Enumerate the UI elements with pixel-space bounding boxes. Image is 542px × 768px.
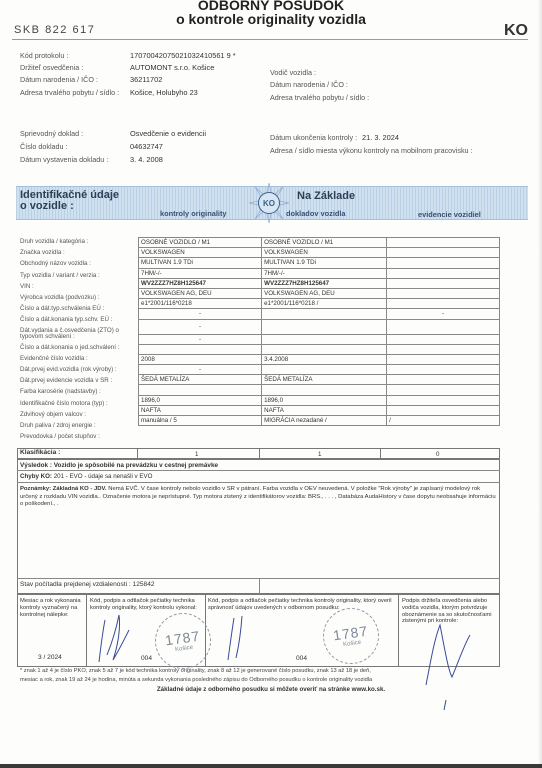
notes-block: Poznámky: Základná KO - JDV. Nemá EVČ. V… <box>20 486 496 509</box>
footer-note-1: * znak 1 až 4 je číslo PKO, znak 5 až 7 … <box>20 668 371 674</box>
vehicle-field-label: Farba karosérie (nadstavby) : <box>20 388 101 395</box>
vehicle-table-row: -- <box>139 309 500 319</box>
seal-text: KO <box>258 192 280 214</box>
vehicle-cell-c3 <box>387 258 500 268</box>
vehicle-field-label: Druh vozidla / kategória : <box>20 238 88 245</box>
vehicle-cell-c1: manuálna / 5 <box>139 416 262 426</box>
vehicle-cell-c2: MULTIVAN 1.9 TDi <box>262 258 387 268</box>
vehicle-cell-c1: - <box>139 309 262 319</box>
vehicle-table-row: VOLKSWAGEN AG, DEUVOLKSWAGEN AG, DEU <box>139 288 500 298</box>
vehicle-cell-c3: - <box>387 309 500 319</box>
vehicle-table-row <box>139 344 500 354</box>
vehicle-table-row: 1896,01896,0 <box>139 395 500 405</box>
banner-left-title-line2: o vozidle : <box>20 201 119 212</box>
vehicle-cell-c2: 1896,0 <box>262 395 387 405</box>
vehicle-field-label: Číslo a dát.konania o jed.schválení : <box>20 344 119 351</box>
vehicle-cell-c2: MIGRÁCIA nezadané / <box>262 416 387 426</box>
vehicle-cell-c3 <box>387 288 500 298</box>
vehicle-table-row: - <box>139 334 500 344</box>
technician-code: 004 <box>141 655 152 662</box>
vehicle-field-label: Dát.prvej evidencie vozidla v SR : <box>20 377 112 384</box>
verifier-code: 004 <box>296 655 307 662</box>
odometer-line: Stav počítadla prejdenej vzdialenosti : … <box>20 581 155 588</box>
vehicle-cell-c2: NAFTA <box>262 405 387 415</box>
divider <box>17 482 500 483</box>
vehicle-field-label: Prevodovka / počet stupňov : <box>20 433 100 440</box>
vehicle-field-label: Identifikačné číslo motora (typ) : <box>20 400 108 407</box>
scan-right-edge <box>538 0 542 764</box>
vehicle-cell-c1: 1896,0 <box>139 395 262 405</box>
vehicle-cell-c1: VOLKSWAGEN <box>139 248 262 258</box>
banner-sub-registry: evidencie vozidiel <box>418 210 481 219</box>
vehicle-table-row: manuálna / 5MIGRÁCIA nezadané // <box>139 416 500 426</box>
vehicle-table-row: - <box>139 365 500 375</box>
vehicle-cell-c1 <box>139 385 262 395</box>
ko-mark: KO <box>504 22 528 40</box>
vehicle-cell-c2 <box>262 385 387 395</box>
vehicle-cell-c2 <box>262 319 387 334</box>
holder-address-label: Adresa trvalého pobytu / sídlo : <box>20 88 119 97</box>
inspection-report: ODBORNÝ POSUDOK o kontrole originality v… <box>0 0 542 768</box>
classification-label: Klasifikácia : <box>20 449 60 456</box>
vehicle-table-row: 20083.4.2008 <box>139 354 500 364</box>
vehicle-cell-c2: 3.4.2008 <box>262 354 387 364</box>
holder-label: Držiteľ osvedčenia : <box>20 63 83 72</box>
driver-dob-label: Dátum narodenia / IČO : <box>270 80 348 89</box>
vehicle-cell-c2: WV2ZZZ7HZ8H125647 <box>262 278 387 288</box>
result-label: Výsledok : <box>20 462 52 469</box>
vehicle-cell-c3 <box>387 299 500 309</box>
vehicle-table-row: 7HM/-/-7HM/-/- <box>139 268 500 278</box>
divider <box>86 594 87 667</box>
doc-label: Sprievodný doklad : <box>20 129 83 138</box>
divider <box>380 448 381 459</box>
banner-sub-originality: kontroly originality <box>160 209 227 218</box>
vehicle-table-row: ŠEDÁ METALÍZAŠEDÁ METALÍZA <box>139 375 500 385</box>
doc-number: 04632747 <box>130 142 163 151</box>
vehicle-cell-c1: WV2ZZZ7HZ8H125647 <box>139 278 262 288</box>
errors-label: Chyby KO: <box>20 473 52 480</box>
control-end-label: Dátum ukončenia kontroly : <box>270 133 357 142</box>
vehicle-field-label: Typ vozidla / variant / verzia : <box>20 272 100 279</box>
holder-dob: 36211702 <box>130 75 162 84</box>
result-text: Vozidlo je spôsobilé na prevádzku v cest… <box>54 462 218 469</box>
errors-line: Chyby KO: 201 - EVO - údaje sa nenašli v… <box>20 473 152 480</box>
holder-signature <box>420 615 480 715</box>
vehicle-cell-c3 <box>387 395 500 405</box>
vehicle-table-row: VOLKSWAGENVOLKSWAGEN <box>139 248 500 258</box>
vehicle-table-row: NAFTANAFTA <box>139 405 500 415</box>
doc-number-label: Číslo dokladu : <box>20 142 68 151</box>
errors-text: 201 - EVO - údaje sa nenašli v EVO <box>54 473 153 480</box>
vehicle-cell-c2 <box>262 344 387 354</box>
vehicle-cell-c1: 7HM/-/- <box>139 268 262 278</box>
protocol-code: 17070042075021032410561 9 * <box>130 51 236 60</box>
divider <box>137 448 138 459</box>
vehicle-cell-c2 <box>262 309 387 319</box>
vehicle-cell-c2: OSOBNÉ VOZIDLO / M1 <box>262 238 387 248</box>
vehicle-data-table: OSOBNÉ VOZIDLO / M1OSOBNÉ VOZIDLO / M1VO… <box>138 237 500 426</box>
vehicle-cell-c2 <box>262 365 387 375</box>
vehicle-cell-c3 <box>387 319 500 334</box>
vehicle-cell-c1: - <box>139 365 262 375</box>
vehicle-field-label: Číslo a dát.typ.schválenia EÚ : <box>20 305 104 312</box>
vehicle-table-row: OSOBNÉ VOZIDLO / M1OSOBNÉ VOZIDLO / M1 <box>139 238 500 248</box>
odometer-value: 125842 <box>133 581 155 588</box>
holder-dob-label: Dátum narodenia / IČO : <box>20 75 98 84</box>
vehicle-cell-c2: VOLKSWAGEN AG, DEU <box>262 288 387 298</box>
vehicle-cell-c1: NAFTA <box>139 405 262 415</box>
vehicle-cell-c3 <box>387 238 500 248</box>
ko-seal-logo: KO <box>252 186 286 220</box>
vehicle-field-label: Dát.prvej evid.vozidla (rok výroby) : <box>20 366 117 373</box>
vehicle-cell-c2: ŠEDÁ METALÍZA <box>262 375 387 385</box>
vehicle-cell-c1: OSOBNÉ VOZIDLO / M1 <box>139 238 262 248</box>
vehicle-field-label: Číslo a dát.konania typ.schv. EÚ : <box>20 316 112 323</box>
vehicle-field-label: Evidenčné číslo vozidla : <box>20 355 88 362</box>
vehicle-cell-c3 <box>387 278 500 288</box>
vehicle-cell-c1 <box>139 344 262 354</box>
vehicle-field-label: Obchodný názov vozidla : <box>20 260 91 267</box>
doc-issued: 3. 4. 2008 <box>130 155 163 164</box>
vehicle-field-label: VIN : <box>20 283 34 290</box>
vehicle-cell-c1: MULTIVAN 1.9 TDi <box>139 258 262 268</box>
vehicle-cell-c3: / <box>387 416 500 426</box>
holder-address: Košice, Holubyho 23 <box>130 88 198 97</box>
classification-c3: 0 <box>436 451 439 458</box>
vehicle-cell-c3 <box>387 405 500 415</box>
vehicle-cell-c2 <box>262 334 387 344</box>
stamp-city: Košice <box>343 640 362 648</box>
vehicle-cell-c3 <box>387 334 500 344</box>
odometer-label: Stav počítadla prejdenej vzdialenosti : <box>20 581 131 588</box>
vehicle-cell-c1: e1*2001/116*0218 <box>139 299 262 309</box>
vehicle-cell-c3 <box>387 365 500 375</box>
vehicle-cell-c1: 2008 <box>139 354 262 364</box>
vehicle-field-label: Dát.vydania a č.osvedčenia (ZTO) o typov… <box>20 328 130 342</box>
month-value: 3 / 2024 <box>38 654 62 661</box>
vehicle-cell-c2: 7HM/-/- <box>262 268 387 278</box>
protocol-code-label: Kód protokolu : <box>20 51 68 60</box>
vehicle-field-label: Zdvihový objem valcov : <box>20 411 86 418</box>
verifier-signature <box>222 610 252 665</box>
vehicle-field-label: Výrobca vozidla (podvozku) : <box>20 294 99 301</box>
vehicle-cell-c2: e1*2001/116*0218 / <box>262 299 387 309</box>
vehicle-cell-c1: - <box>139 334 262 344</box>
banner-left-title: Identifikačné údaje o vozidle : <box>20 190 119 212</box>
vehicle-table-row: WV2ZZZ7HZ8H125647WV2ZZZ7HZ8H125647 <box>139 278 500 288</box>
doc-issued-label: Dátum vystavenia dokladu : <box>20 155 108 164</box>
vehicle-table-row <box>139 385 500 395</box>
scan-bottom-edge <box>0 764 542 768</box>
banner-sub-documents: dokladov vozidla <box>286 209 346 218</box>
driver-label: Vodič vozidla : <box>270 68 316 77</box>
vehicle-field-label: Značka vozidla : <box>20 249 65 256</box>
vehicle-cell-c3 <box>387 354 500 364</box>
holder-value: AUTOMONT s.r.o. Košice <box>130 63 214 72</box>
classification-c1: 1 <box>195 451 198 458</box>
vehicle-table-row: MULTIVAN 1.9 TDiMULTIVAN 1.9 TDi <box>139 258 500 268</box>
header-divider <box>12 39 528 40</box>
banner-right-title: Na Základe <box>297 190 355 202</box>
vehicle-cell-c1: VOLKSWAGEN AG, DEU <box>139 288 262 298</box>
stamp-city: Košice <box>175 645 194 653</box>
vehicle-cell-c3 <box>387 385 500 395</box>
result-line: Výsledok : Vozidlo je spôsobilé na prevá… <box>20 462 218 469</box>
vehicle-table-row: - <box>139 319 500 334</box>
vehicle-cell-c3 <box>387 268 500 278</box>
mobile-address-label: Adresa / sídlo miesta výkonu kontroly na… <box>270 146 473 155</box>
technician-signature <box>95 610 135 665</box>
notes-label: Poznámky: Základná KO - JDV. <box>20 486 107 492</box>
divider <box>398 594 399 667</box>
doc-value: Osvedčenie o evidencii <box>130 129 206 138</box>
vehicle-cell-c2: VOLKSWAGEN <box>262 248 387 258</box>
footer-note-2: mesiac a rok, znak 19 až 24 je hodina, m… <box>20 677 372 683</box>
vehicle-cell-c1: ŠEDÁ METALÍZA <box>139 375 262 385</box>
serial-number: SKB 822 617 <box>14 24 95 36</box>
driver-address-label: Adresa trvalého pobytu / sídlo : <box>270 93 369 102</box>
divider <box>17 470 500 471</box>
month-label: Mesiac a rok vykonania kontroly vyznačen… <box>20 598 84 618</box>
vehicle-table-row: e1*2001/116*0218e1*2001/116*0218 / <box>139 299 500 309</box>
verify-website-line: Základné údaje z odborného posudku si mô… <box>0 686 542 693</box>
vehicle-cell-c3 <box>387 344 500 354</box>
vehicle-cell-c1: - <box>139 319 262 334</box>
divider <box>259 448 260 459</box>
vehicle-field-label: Druh paliva / zdroj energie : <box>20 422 96 429</box>
classification-c2: 1 <box>318 451 321 458</box>
control-end: 21. 3. 2024 <box>362 133 399 142</box>
divider <box>259 578 260 594</box>
vehicle-cell-c3 <box>387 375 500 385</box>
vehicle-cell-c3 <box>387 248 500 258</box>
